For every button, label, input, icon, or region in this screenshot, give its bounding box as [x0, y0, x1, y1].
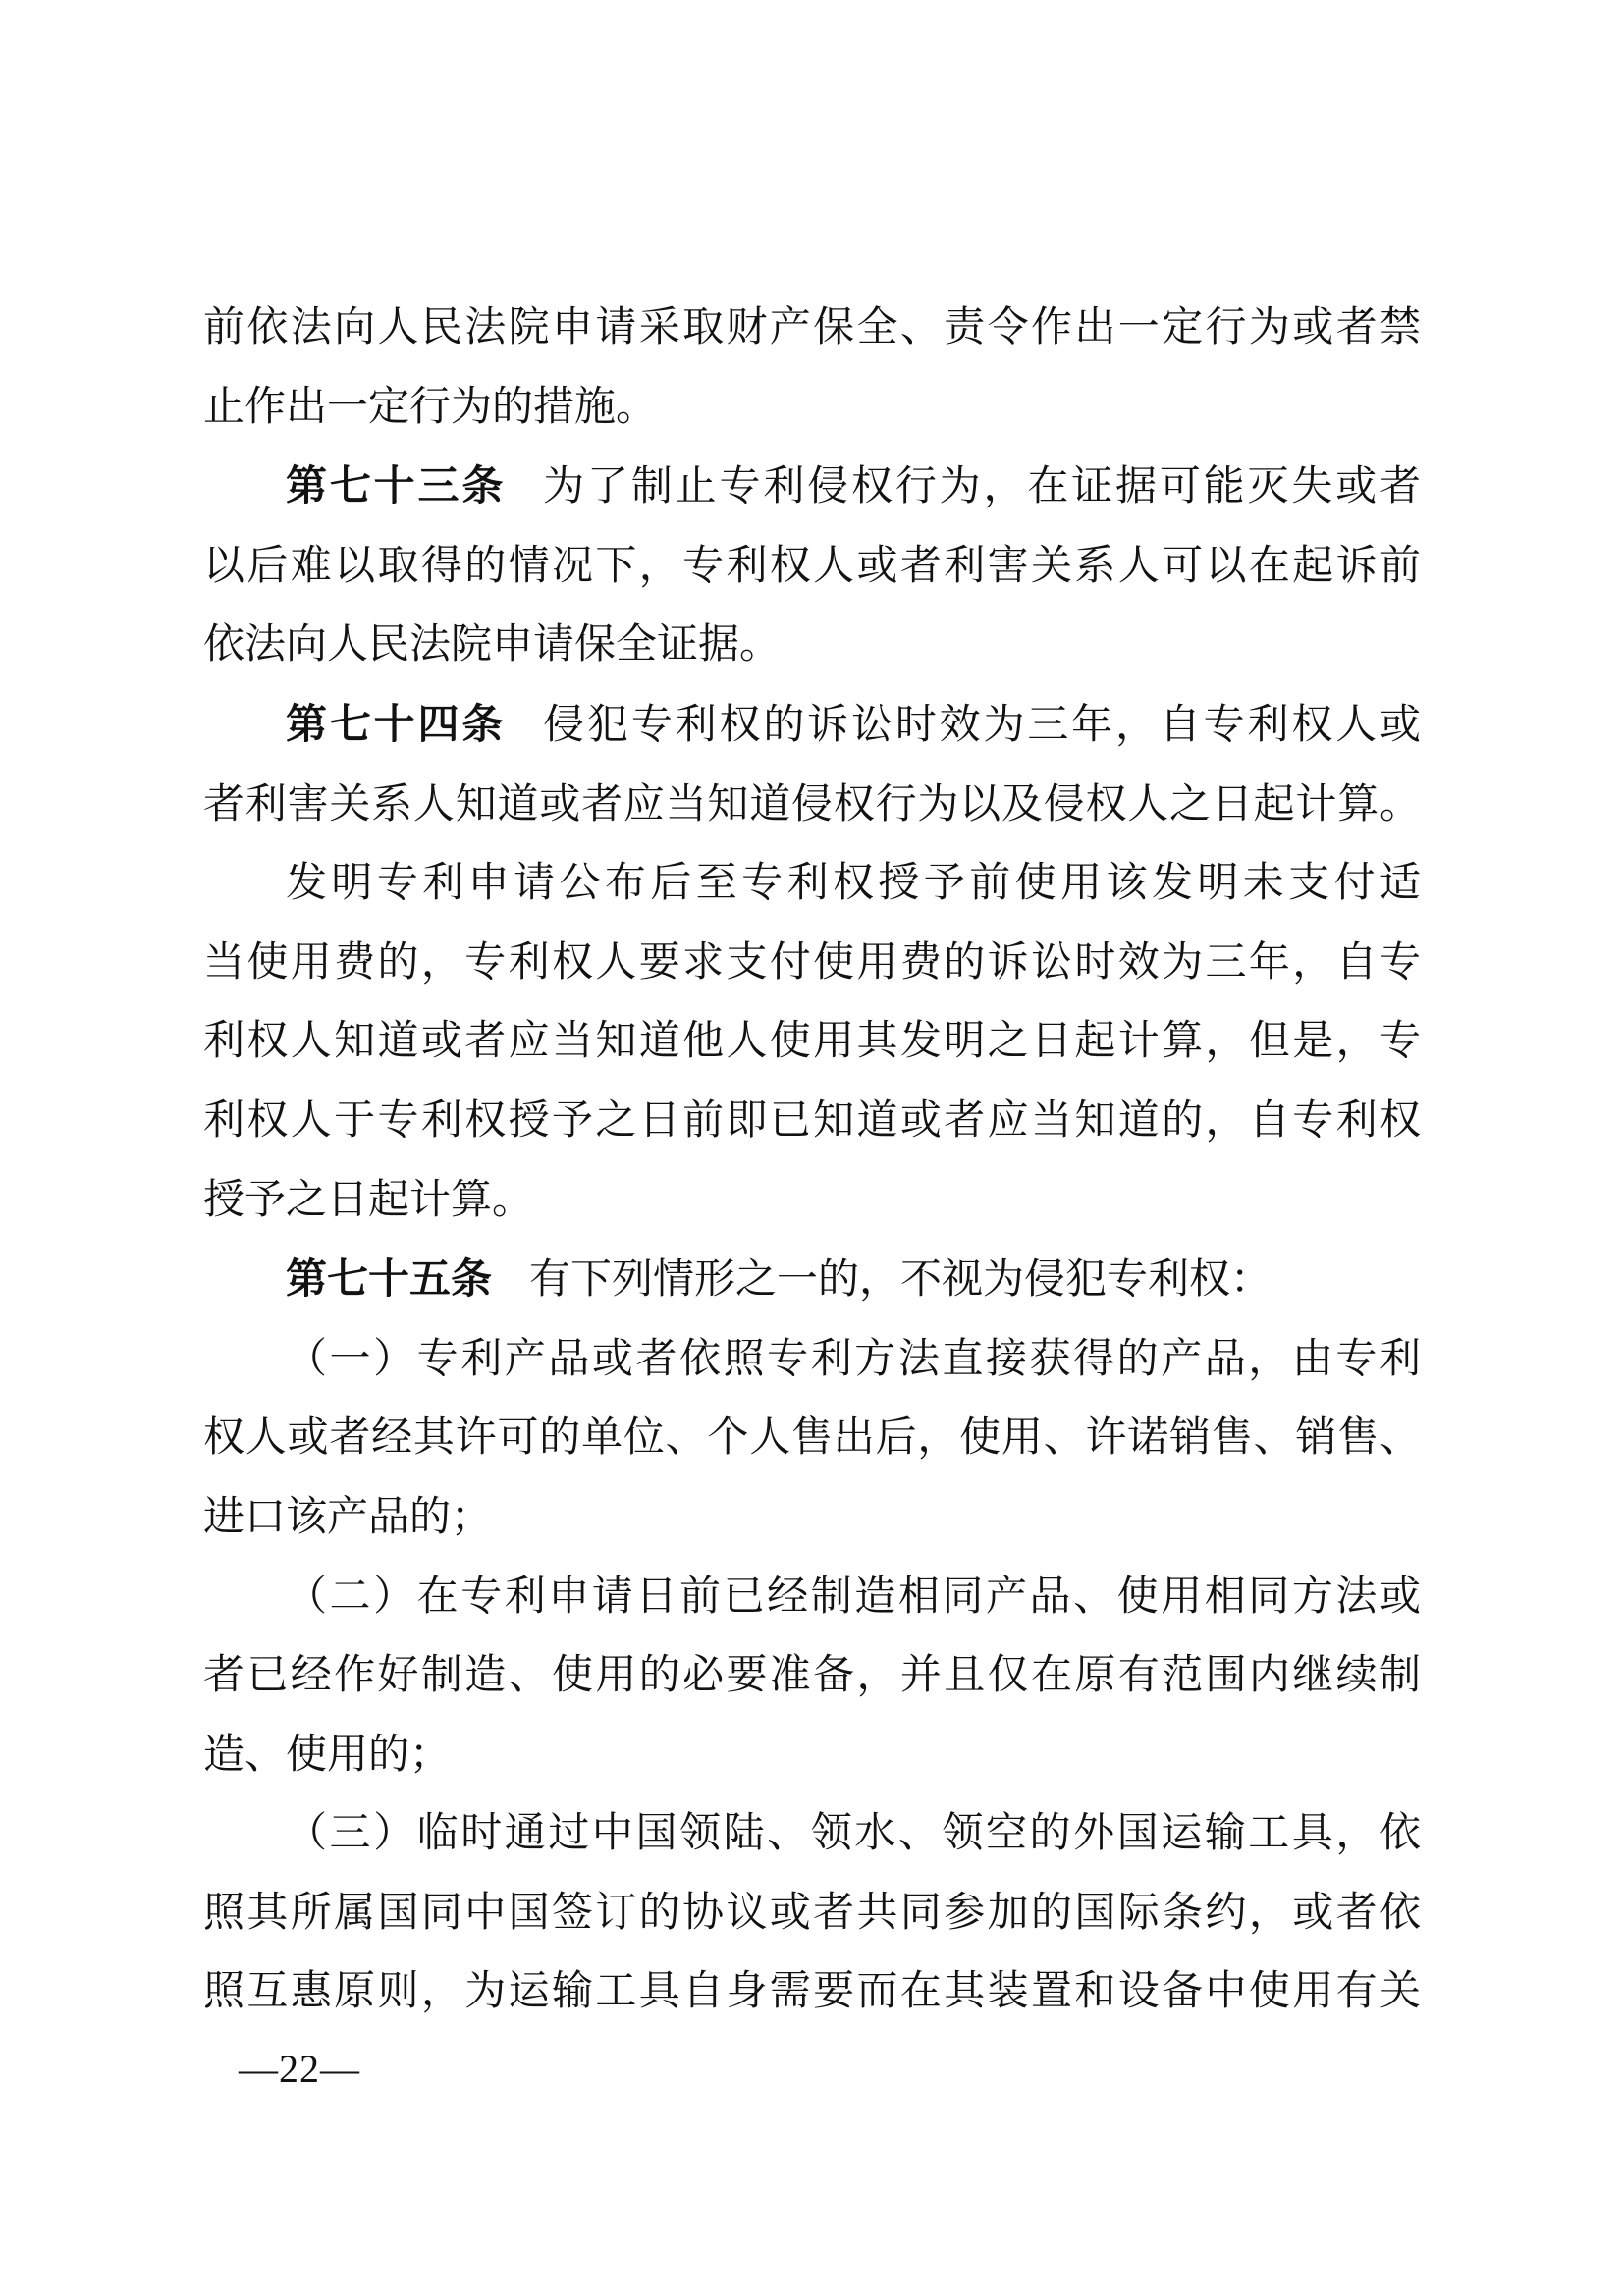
text-line: 造、使用的； — [203, 1716, 1421, 1795]
text-line: 进口该产品的； — [203, 1478, 1421, 1558]
article-text: 侵犯专利权的诉讼时效为三年，自专利权人或 — [543, 703, 1421, 748]
text-line: 者利害关系人知道或者应当知道侵权行为以及侵权人之日起计算。 — [203, 766, 1421, 845]
text-line: 以后难以取得的情况下，专利权人或者利害关系人可以在起诉前 — [203, 527, 1421, 607]
text-line: 者已经作好制造、使用的必要准备，并且仅在原有范围内继续制 — [203, 1636, 1421, 1716]
text-line: 照其所属国同中国签订的协议或者共同参加的国际条约，或者依 — [203, 1874, 1421, 1953]
page-number: —22— — [239, 2048, 360, 2091]
text-line: 权人或者经其许可的单位、个人售出后，使用、许诺销售、销售、 — [203, 1399, 1421, 1478]
text-line-article-75: 第七十五条有下列情形之一的，不视为侵犯专利权： — [203, 1240, 1421, 1320]
text-line-article-73: 第七十三条为了制止专利侵权行为，在证据可能灭失或者 — [203, 447, 1421, 527]
text-line: 依法向人民法院申请保全证据。 — [203, 606, 1421, 685]
text-line: 照互惠原则，为运输工具自身需要而在其装置和设备中使用有关 — [203, 1952, 1421, 2032]
article-number: 第七十四条 — [286, 701, 506, 747]
document-page: 前依法向人民法院申请采取财产保全、责令作出一定行为或者禁 止作出一定行为的措施。… — [0, 0, 1624, 2296]
text-line-item-1: （一）专利产品或者依照专利方法直接获得的产品，由专利 — [203, 1320, 1421, 1400]
article-number: 第七十三条 — [286, 462, 506, 508]
text-line: 前依法向人民法院申请采取财产保全、责令作出一定行为或者禁 — [203, 289, 1421, 368]
text-line: 利权人知道或者应当知道他人使用其发明之日起计算，但是，专 — [203, 1002, 1421, 1082]
article-text: 有下列情形之一的，不视为侵犯专利权： — [529, 1257, 1272, 1303]
text-line: 止作出一定行为的措施。 — [203, 368, 1421, 448]
document-text-block: 前依法向人民法院申请采取财产保全、责令作出一定行为或者禁 止作出一定行为的措施。… — [203, 289, 1421, 2032]
text-line-article-74: 第七十四条侵犯专利权的诉讼时效为三年，自专利权人或 — [203, 685, 1421, 766]
text-line-item-3: （三）临时通过中国领陆、领水、领空的外国运输工具，依 — [203, 1794, 1421, 1874]
article-text: 为了制止专利侵权行为，在证据可能灭失或者 — [543, 464, 1421, 509]
text-line-item-2: （二）在专利申请日前已经制造相同产品、使用相同方法或 — [203, 1558, 1421, 1637]
article-number: 第七十五条 — [286, 1255, 492, 1302]
text-line: 授予之日起计算。 — [203, 1161, 1421, 1241]
text-line: 利权人于专利权授予之日前即已知道或者应当知道的，自专利权 — [203, 1082, 1421, 1161]
text-line: 当使用费的，专利权人要求支付使用费的诉讼时效为三年，自专 — [203, 924, 1421, 1003]
text-line: 发明专利申请公布后至专利权授予前使用该发明未支付适 — [203, 844, 1421, 924]
